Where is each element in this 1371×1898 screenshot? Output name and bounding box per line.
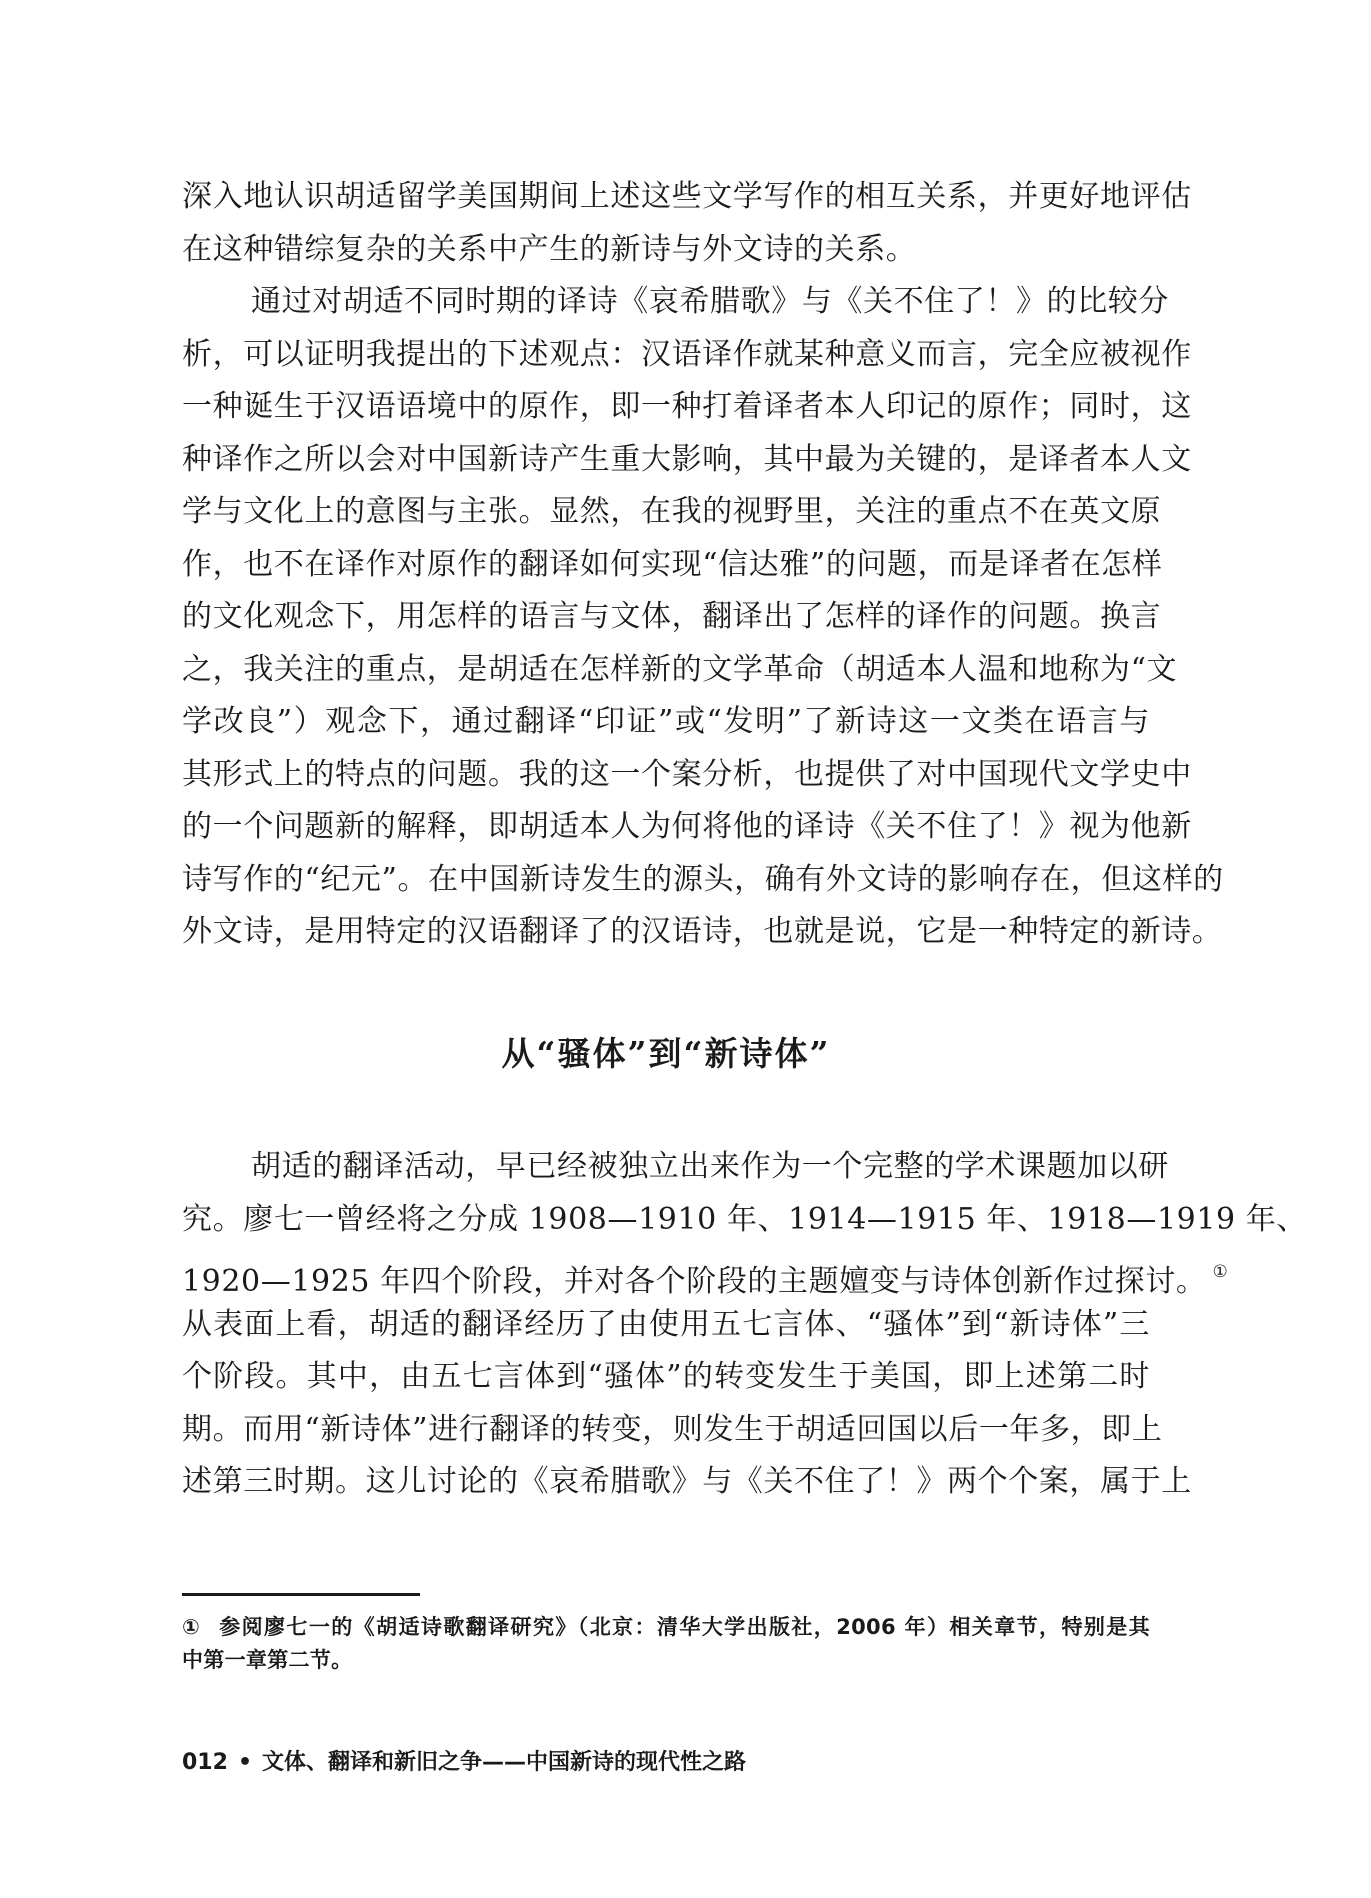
footnote-reference[interactable]: ①: [1212, 1262, 1228, 1282]
body-text-line: 究。廖七一曾经将之分成 1908—1910 年、1914—1915 年、1918…: [182, 1194, 1150, 1246]
body-text-line: 析，可以证明我提出的下述观点：汉语译作就某种意义而言，完全应被视作: [182, 329, 1150, 381]
body-text-line: 诗写作的“纪元”。在中国新诗发生的源头，确有外文诗的影响存在，但这样的: [182, 854, 1150, 906]
footnote-separator: [182, 1593, 420, 1596]
body-text-line: 其形式上的特点的问题。我的这一个案分析，也提供了对中国现代文学史中: [182, 749, 1150, 801]
page-footer: 012•文体、翻译和新旧之争——中国新诗的现代性之路: [182, 1746, 746, 1780]
body-text-line: 在这种错综复杂的关系中产生的新诗与外文诗的关系。: [182, 224, 1150, 276]
body-text-line: 通过对胡适不同时期的译诗《哀希腊歌》与《关不住了！》的比较分: [182, 276, 1150, 328]
footnote-line: 中第一章第二节。: [182, 1643, 1150, 1677]
body-text-line: 期。而用“新诗体”进行翻译的转变，则发生于胡适回国以后一年多，即上: [182, 1404, 1150, 1456]
body-text-line: 1920—1925 年四个阶段，并对各个阶段的主题嬗变与诗体创新作过探讨。①: [182, 1246, 1150, 1298]
footnote-line: ①参阅廖七一的《胡适诗歌翻译研究》（北京：清华大学出版社，2006 年）相关章节…: [182, 1610, 1150, 1644]
body-text-line: 述第三时期。这儿讨论的《哀希腊歌》与《关不住了！》两个个案，属于上: [182, 1456, 1150, 1508]
body-text-line: 学改良”）观念下，通过翻译“印证”或“发明”了新诗这一文类在语言与: [182, 696, 1150, 748]
body-text-line: 从表面上看，胡适的翻译经历了由使用五七言体、“骚体”到“新诗体”三: [182, 1299, 1150, 1351]
body-text-line: 作，也不在译作对原作的翻译如何实现“信达雅”的问题，而是译者在怎样: [182, 539, 1150, 591]
body-text-line: 学与文化上的意图与主张。显然，在我的视野里，关注的重点不在英文原: [182, 486, 1150, 538]
section-heading: 从“骚体”到“新诗体”: [182, 1028, 1150, 1080]
body-text-line: 的一个问题新的解释，即胡适本人为何将他的译诗《关不住了！》视为他新: [182, 801, 1150, 853]
body-text-line: 一种诞生于汉语语境中的原作，即一种打着译者本人印记的原作；同时，这: [182, 381, 1150, 433]
body-text-line: 个阶段。其中，由五七言体到“骚体”的转变发生于美国，即上述第二时: [182, 1351, 1150, 1403]
body-text-line: 之，我关注的重点，是胡适在怎样新的文学革命（胡适本人温和地称为“文: [182, 644, 1150, 696]
bullet-separator: •: [238, 1746, 252, 1780]
body-text-line: 深入地认识胡适留学美国期间上述这些文学写作的相互关系，并更好地评估: [182, 171, 1150, 223]
body-text-line: 胡适的翻译活动，早已经被独立出来作为一个完整的学术课题加以研: [182, 1141, 1150, 1193]
body-text-line: 种译作之所以会对中国新诗产生重大影响，其中最为关键的，是译者本人文: [182, 434, 1150, 486]
page-number: 012: [182, 1750, 228, 1775]
body-text-line: 的文化观念下，用怎样的语言与文体，翻译出了怎样的译作的问题。换言: [182, 591, 1150, 643]
footnote-mark: ①: [182, 1610, 200, 1644]
body-text-line: 外文诗，是用特定的汉语翻译了的汉语诗，也就是说，它是一种特定的新诗。: [182, 906, 1150, 958]
body-text: 1920—1925 年四个阶段，并对各个阶段的主题嬗变与诗体创新作过探讨。: [182, 1264, 1206, 1299]
footnote-text: 参阅廖七一的《胡适诗歌翻译研究》（北京：清华大学出版社，2006 年）相关章节，…: [218, 1615, 1150, 1639]
running-title: 文体、翻译和新旧之争——中国新诗的现代性之路: [262, 1750, 746, 1775]
